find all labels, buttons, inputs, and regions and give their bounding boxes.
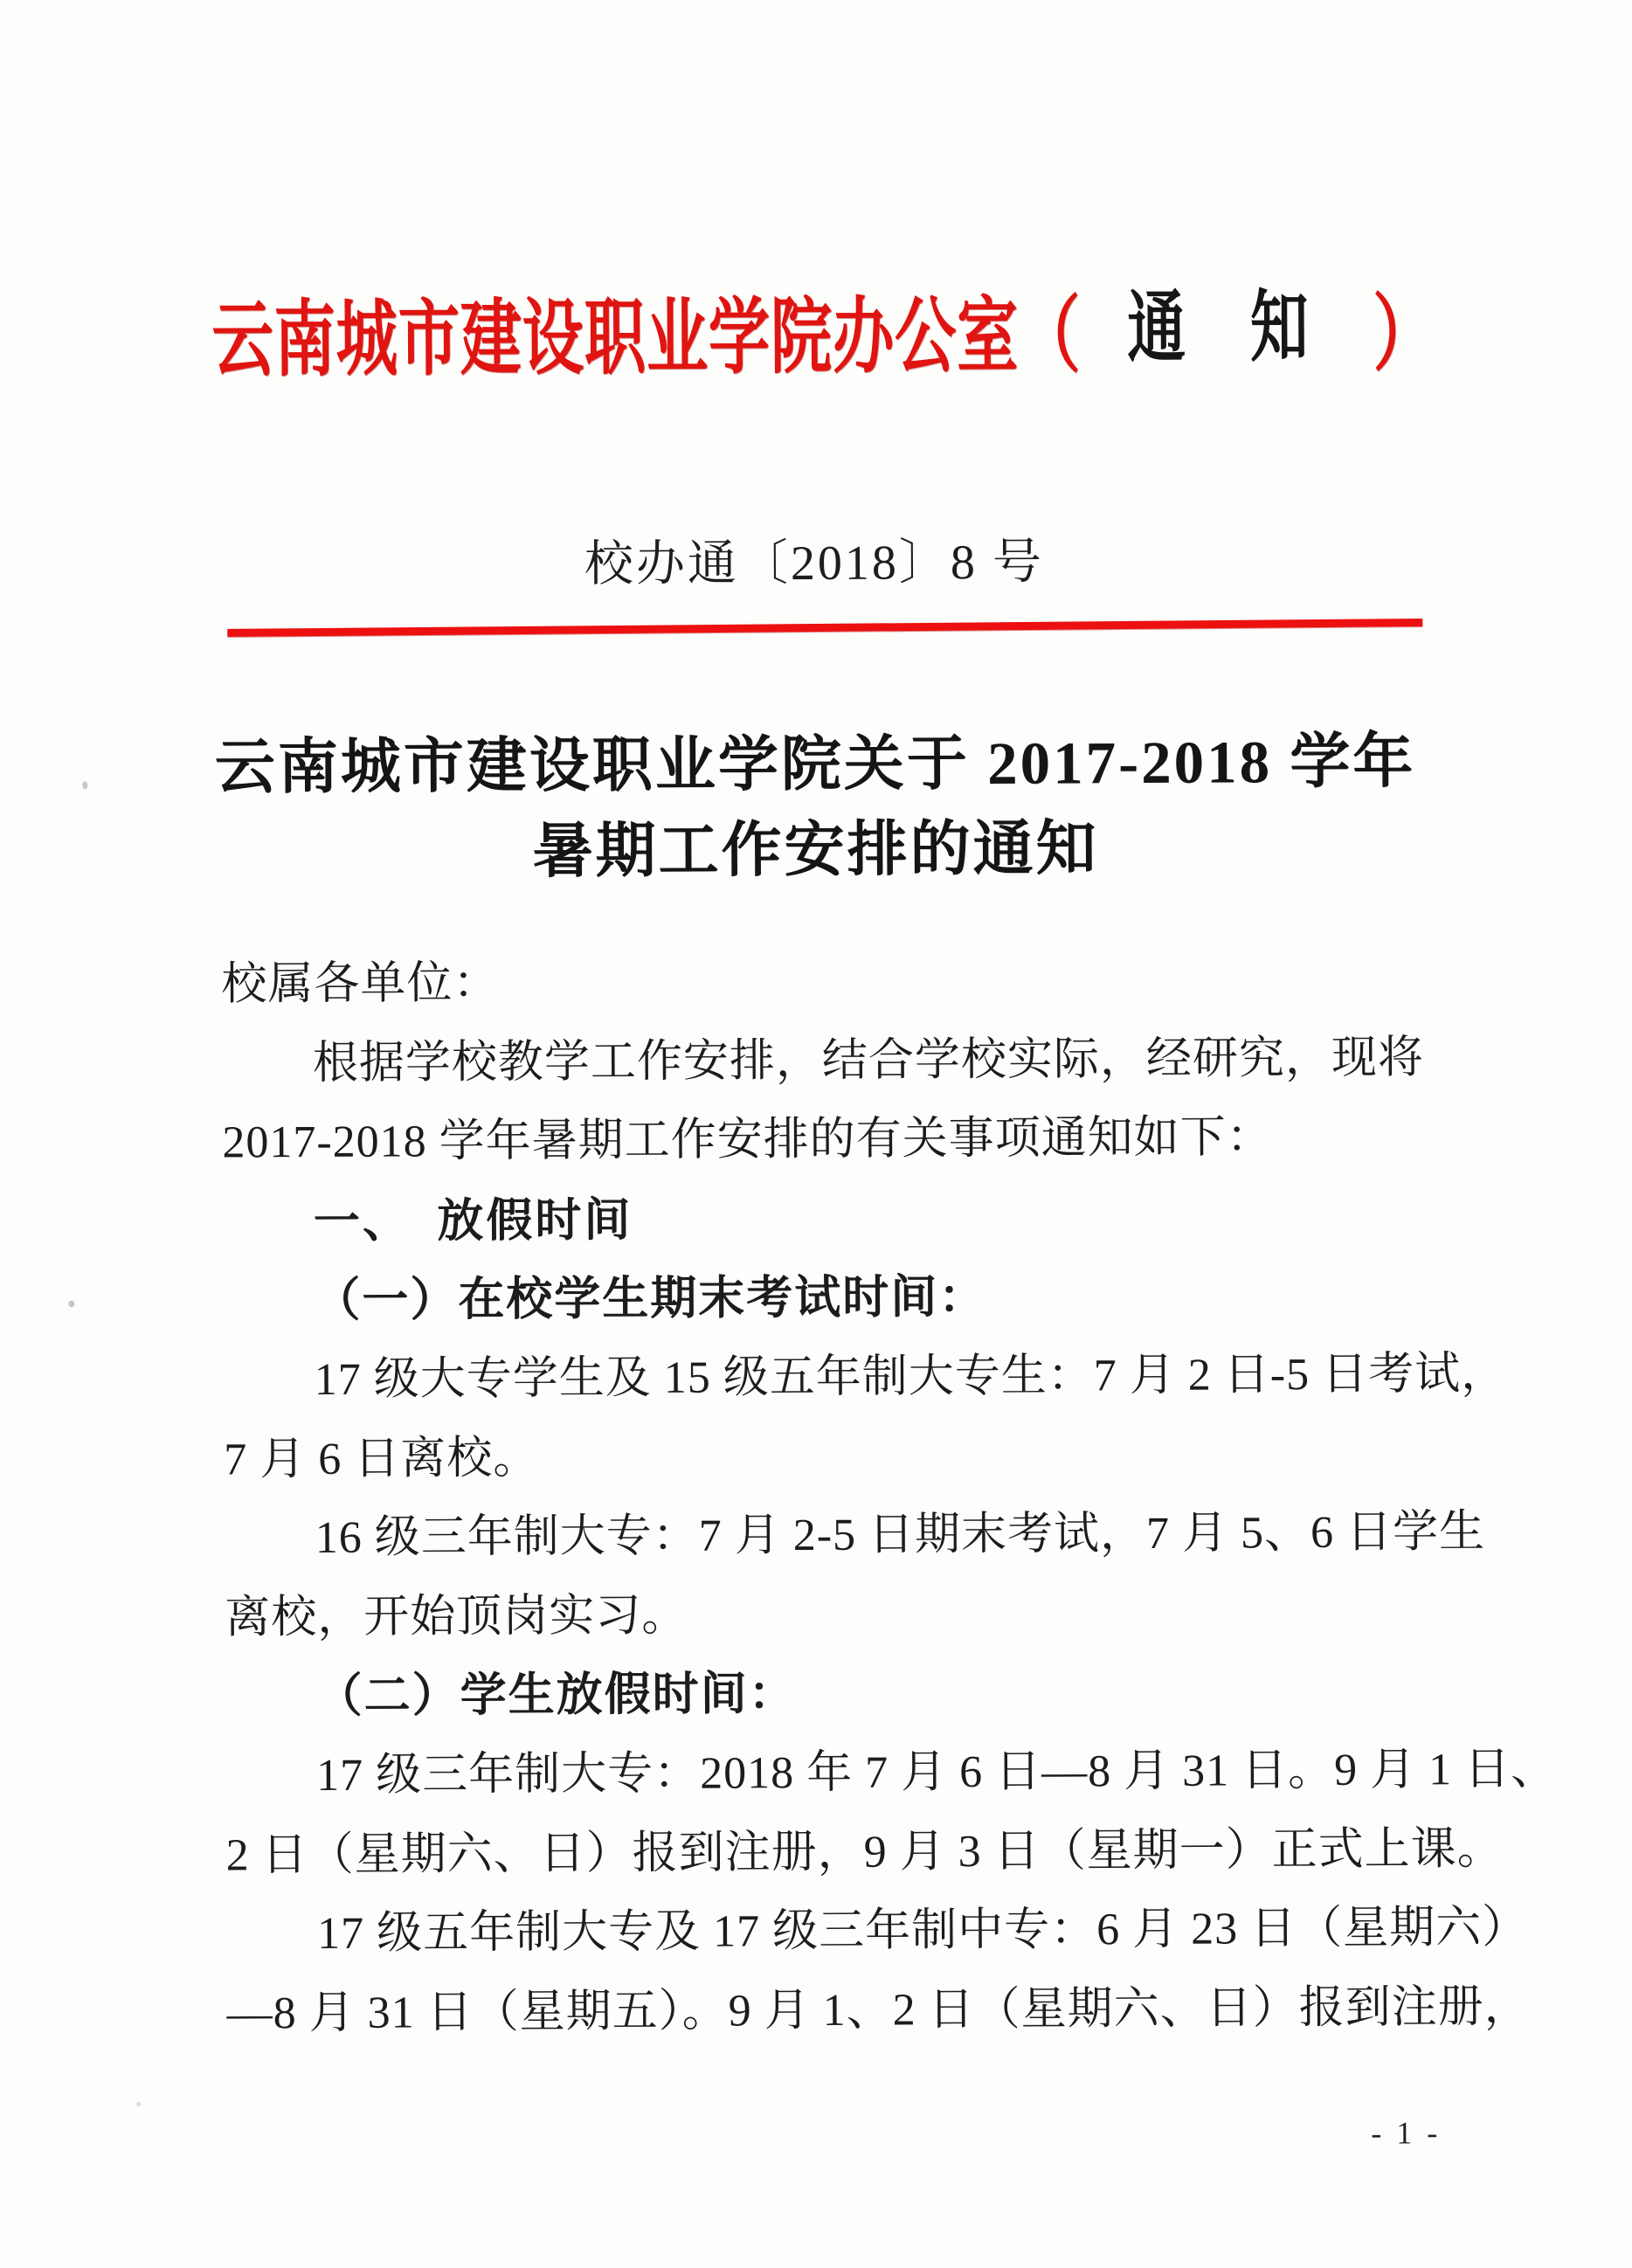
intro-paragraph-line1: 根据学校教学工作安排，结合学校实际，经研究，现将: [222, 1019, 1445, 1104]
masthead-text: 云南城市建设职业学院办公室（通知）: [211, 273, 1435, 404]
masthead-org-name: 云南城市建设职业学院办公室（: [211, 289, 1081, 386]
scan-speck: [68, 1300, 74, 1307]
masthead-close-paren: ）: [1373, 287, 1435, 380]
body-line: 16 级三年制大专：7 月 2-5 日期末考试，7 月 5、6 日学生: [225, 1493, 1448, 1579]
section-heading-1: 一、 放假时间: [223, 1177, 1446, 1262]
masthead: 云南城市建设职业学院办公室（通知）: [0, 272, 1629, 405]
scan-speck: [82, 781, 87, 789]
body-line: 离校，开始顶岗实习。: [225, 1573, 1448, 1658]
intro-paragraph-line2: 2017-2018 学年暑期工作安排的有关事项通知如下：: [222, 1097, 1445, 1183]
page-number: - 1 -: [1371, 2114, 1441, 2151]
notice-body: 校属各单位： 根据学校教学工作安排，结合学校实际，经研究，现将 2017-201…: [221, 939, 1450, 2054]
notice-title-line2: 暑期工作安排的通知: [0, 803, 1632, 897]
scan-speck: [136, 2102, 141, 2106]
salutation: 校属各单位：: [221, 939, 1444, 1025]
body-line: —8 月 31 日（星期五）。9 月 1、2 日（星期六、日）报到注册，: [226, 1968, 1449, 2054]
body-line: 17 级大专学生及 15 级五年制大专生：7 月 2 日-5 日考试，: [224, 1335, 1447, 1421]
masthead-notice-word: 通知: [1081, 285, 1373, 373]
body-line: 2 日（星期六、日）报到注册，9 月 3 日（星期一）正式上课。: [225, 1810, 1449, 1896]
notice-title: 云南城市建设职业学院关于 2017-2018 学年 暑期工作安排的通知: [0, 717, 1632, 897]
body-line: 17 级三年制大专：2018 年 7 月 6 日—8 月 31 日。9 月 1 …: [225, 1731, 1449, 1816]
red-separator-rule: [227, 619, 1422, 637]
subsection-heading-1: （一）在校学生期末考试时间：: [223, 1256, 1446, 1342]
subsection-heading-2: （二）学生放假时间：: [225, 1652, 1448, 1738]
body-line: 7 月 6 日离校。: [224, 1414, 1447, 1500]
body-line: 17 级五年制大专及 17 级三年制中专：6 月 23 日（星期六）: [226, 1889, 1449, 1974]
doc-number: 校办通〔2018〕8 号: [0, 520, 1630, 607]
notice-title-line1: 云南城市建设职业学院关于 2017-2018 学年: [0, 717, 1631, 812]
scanned-notice-page: 云南城市建设职业学院办公室（通知） 校办通〔2018〕8 号 云南城市建设职业学…: [0, 0, 1632, 2268]
